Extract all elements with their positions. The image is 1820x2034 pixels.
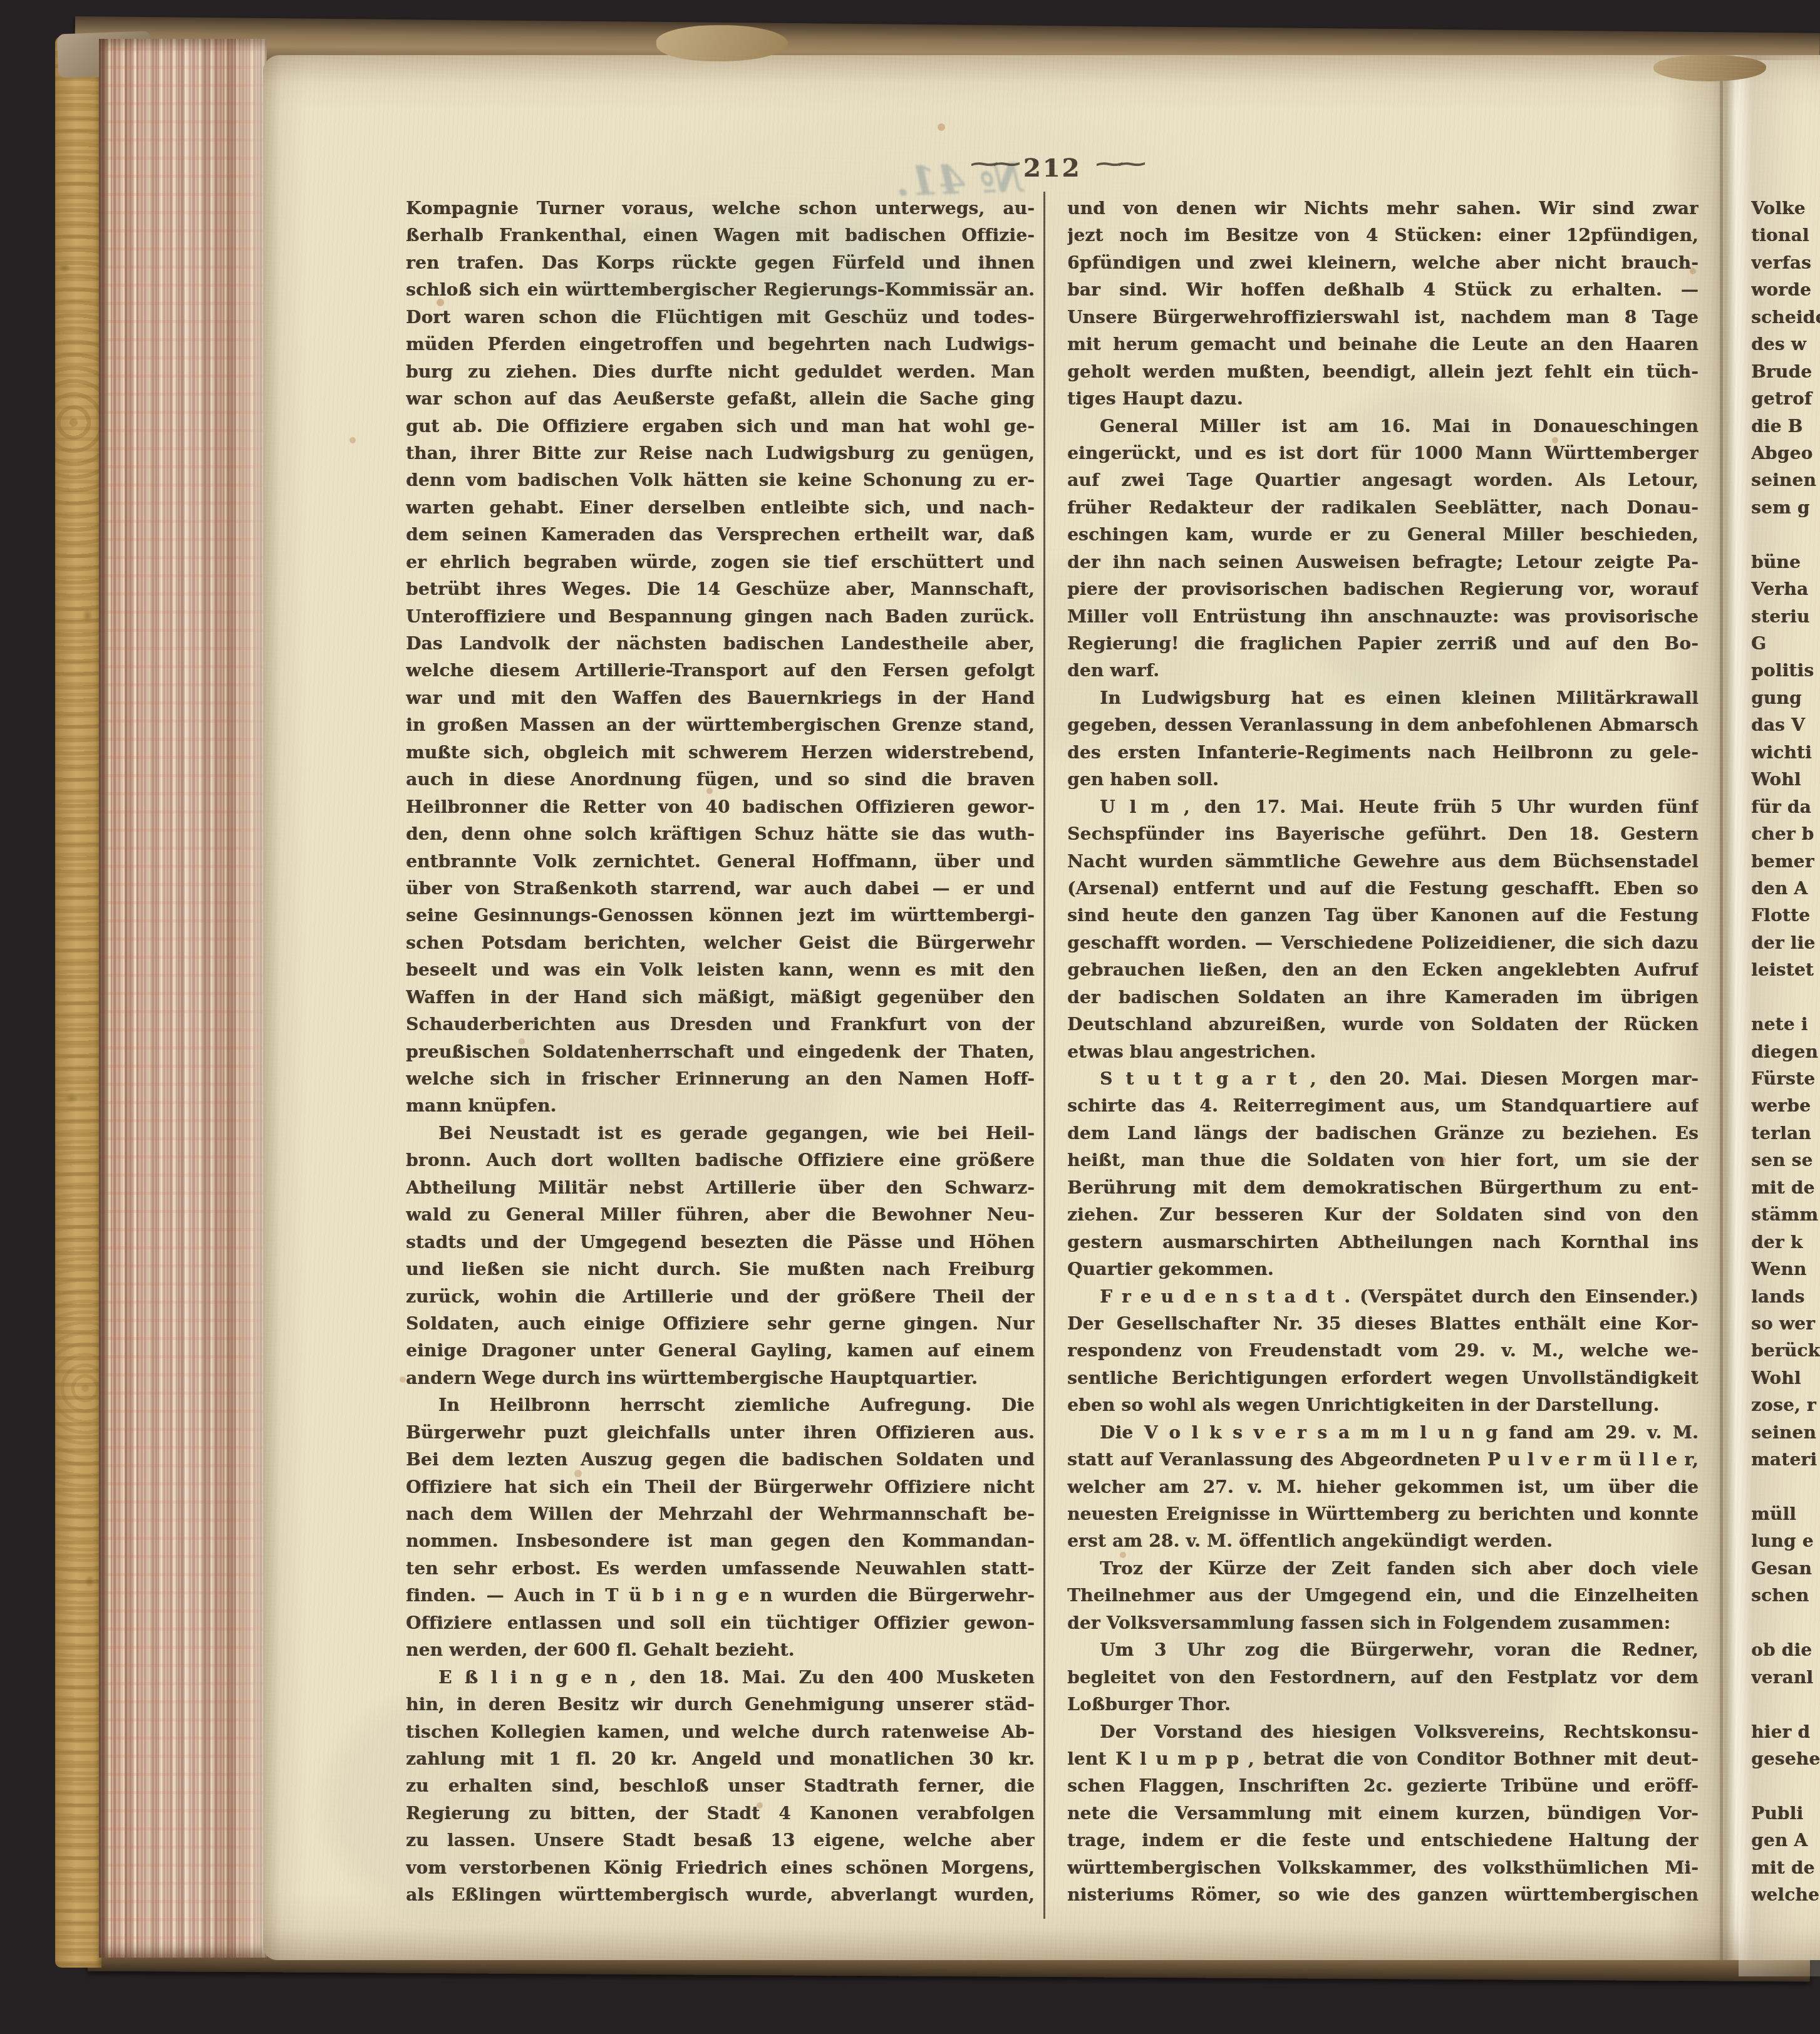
next-page-text-fragment: das V — [1751, 715, 1820, 741]
text-line: jezt noch im Besitze von 4 Stücken: eine… — [1067, 225, 1698, 252]
next-page-text-fragment: politis — [1751, 660, 1820, 687]
text-line: nete die Versammlung mit einem kurzen, b… — [1067, 1803, 1698, 1830]
text-line: begleitet von den Festordnern, auf den F… — [1067, 1667, 1698, 1694]
text-line: zahlung mit 1 fl. 20 kr. Angeld und mona… — [406, 1748, 1035, 1775]
page-header: ~~212~~ — [739, 148, 1365, 183]
text-line: Loßburger Thor. — [1067, 1694, 1698, 1721]
text-line: über von Straßenkoth starrend, war auch … — [406, 878, 1035, 905]
next-page-text-fragment: welche — [1751, 1884, 1820, 1911]
next-page-text-fragment — [1751, 1477, 1820, 1504]
text-line: burg zu ziehen. Dies durfte nicht geduld… — [406, 361, 1035, 388]
text-line: nisteriums Römer, so wie des ganzen würt… — [1067, 1884, 1698, 1911]
text-line: Bei Neustadt ist es gerade gegangen, wie… — [406, 1123, 1035, 1150]
next-page-text-fragment: Publi — [1751, 1803, 1820, 1830]
next-page-text-fragment: Wohl — [1751, 1368, 1820, 1395]
text-line: dem seinen Kameraden das Versprechen ert… — [406, 524, 1035, 551]
next-page-text-fragment: gesehe — [1751, 1748, 1820, 1775]
next-page-text-fragment: den A — [1751, 878, 1820, 905]
text-line: müden Pferden eingetroffen und begehrten… — [406, 334, 1035, 361]
next-page-text-fragment — [1751, 1775, 1820, 1802]
text-line: E ß l i n g e n , den 18. Mai. Zu den 40… — [406, 1667, 1035, 1694]
text-line: Die V o l k s v e r s a m m l u n g fand… — [1067, 1422, 1698, 1449]
text-line: den warf. — [1067, 660, 1698, 687]
text-line: gestern ausmarschirten Abtheilungen nach… — [1067, 1232, 1698, 1259]
text-line: schirte das 4. Reiterregiment aus, um St… — [1067, 1095, 1698, 1122]
text-line: hin, in deren Besitz wir durch Genehmigu… — [406, 1694, 1035, 1721]
text-line: statt auf Veranlassung des Abgeordneten … — [1067, 1449, 1698, 1476]
next-page-text-fragment: leistet — [1751, 959, 1820, 986]
next-page-text-fragment: getrof — [1751, 388, 1820, 415]
next-page-text-fragment: Brude — [1751, 361, 1820, 388]
text-line: Waffen in der Hand sich mäßigt, mäßigt g… — [406, 987, 1035, 1014]
text-line: Berührung mit dem demokratischen Bürgert… — [1067, 1177, 1698, 1204]
next-page-text-fragment: terlan — [1751, 1123, 1820, 1150]
next-page-text-fragment: büne — [1751, 552, 1820, 579]
text-line: Abtheilung Militär nebst Artillerie über… — [406, 1177, 1035, 1204]
text-line: Soldaten, auch einige Offiziere sehr ger… — [406, 1313, 1035, 1340]
text-line: than, ihrer Bitte zur Reise nach Ludwigs… — [406, 443, 1035, 470]
text-line: zu lassen. Unsere Stadt besaß 13 eigene,… — [406, 1830, 1035, 1857]
next-page-text-fragment: tional — [1751, 225, 1820, 252]
text-line: ten sehr erbost. Es werden umfassende Ne… — [406, 1558, 1035, 1585]
text-line: Um 3 Uhr zog die Bürgerwehr, voran die R… — [1067, 1639, 1698, 1666]
next-page-text-fragment — [1751, 987, 1820, 1014]
text-line: andern Wege durch ins württembergische H… — [406, 1368, 1035, 1395]
text-line: denn vom badischen Volk hätten sie keine… — [406, 470, 1035, 497]
text-line: welche diesem Artillerie-Transport auf d… — [406, 660, 1035, 687]
text-line: eschingen kam, wurde er zu General Mille… — [1067, 524, 1698, 551]
text-line: schloß sich ein württembergischer Regier… — [406, 279, 1035, 306]
text-line: Kompagnie Turner voraus, welche schon un… — [406, 198, 1035, 225]
text-line: Troz der Kürze der Zeit fanden sich aber… — [1067, 1558, 1698, 1585]
text-line: gebrauchen ließen, den an den Ecken ange… — [1067, 959, 1698, 986]
text-line: Bei dem lezten Auszug gegen die badische… — [406, 1449, 1035, 1476]
next-page-text-fragment: Flotte — [1751, 905, 1820, 932]
text-line: der Volksversammlung fassen sich in Folg… — [1067, 1613, 1698, 1639]
next-page-text-fragment: lung e — [1751, 1531, 1820, 1557]
text-line: neuesten Ereignisse in Württemberg zu be… — [1067, 1504, 1698, 1531]
text-line: der ihn nach seinen Ausweisen befragte; … — [1067, 552, 1698, 579]
next-page-text-fragment — [1751, 524, 1820, 551]
text-line: geschafft worden. — Verschiedene Polizei… — [1067, 932, 1698, 959]
text-line: etwas blau angestrichen. — [1067, 1041, 1698, 1068]
next-page-text-fragment: seinen — [1751, 470, 1820, 497]
scanned-book-page: № 41. ~~212~~ Kompagnie Turner voraus, w… — [0, 0, 1820, 2034]
text-line: Der Gesellschafter Nr. 35 dieses Blattes… — [1067, 1313, 1698, 1340]
next-page-text-fragment: zose, r — [1751, 1395, 1820, 1422]
text-line: zurück, wohin die Artillerie und der grö… — [406, 1286, 1035, 1313]
next-page-text-fragment: hier d — [1751, 1722, 1820, 1748]
next-page-text-fragment: müll — [1751, 1504, 1820, 1531]
text-line: piere der provisorischen badischen Regie… — [1067, 579, 1698, 606]
text-line: welcher am 27. v. M. hieher gekommen ist… — [1067, 1477, 1698, 1504]
text-line: tischen Kollegien kamen, und welche durc… — [406, 1722, 1035, 1748]
text-line: in großen Massen an der württembergische… — [406, 715, 1035, 741]
text-line: einige Dragoner unter General Gayling, k… — [406, 1340, 1035, 1367]
text-line: In Heilbronn herrscht ziemliche Aufregun… — [406, 1395, 1035, 1422]
next-page-text-fragment: sem g — [1751, 497, 1820, 524]
text-line: vom verstorbenen König Friedrich eines s… — [406, 1857, 1035, 1884]
text-line: nen werden, der 600 fl. Gehalt bezieht. — [406, 1639, 1035, 1666]
text-line: In Ludwigsburg hat es einen kleinen Mili… — [1067, 688, 1698, 715]
next-page-text-fragment: scheide — [1751, 307, 1820, 334]
text-line: trage, indem er die feste und entschiede… — [1067, 1830, 1698, 1857]
text-line: seine Gesinnungs-Genossen können jezt im… — [406, 905, 1035, 932]
text-line: Der Vorstand des hiesigen Volksvereins, … — [1067, 1722, 1698, 1748]
text-line: den, denn ohne solch kräftigen Schuz hät… — [406, 823, 1035, 850]
next-page-text-fragment: des w — [1751, 334, 1820, 361]
text-line: beseelt und was ein Volk leisten kann, w… — [406, 959, 1035, 986]
text-line: Quartier gekommen. — [1067, 1259, 1698, 1286]
text-column-left: Kompagnie Turner voraus, welche schon un… — [406, 198, 1035, 1912]
text-column-right: und von denen wir Nichts mehr sahen. Wir… — [1067, 198, 1698, 1912]
text-line: geholt werden mußten, beendigt, allein j… — [1067, 361, 1698, 388]
text-line: Schauderberichten aus Dresden und Frankf… — [406, 1014, 1035, 1041]
text-line: Bürgerwehr puzt gleichfalls unter ihren … — [406, 1422, 1035, 1449]
next-page-text-fragment: Abgeo — [1751, 443, 1820, 470]
next-page-text-fragment: cher b — [1751, 823, 1820, 850]
next-page-text-fragment: Wenn — [1751, 1259, 1820, 1286]
text-line: General Miller ist am 16. Mai in Donaues… — [1067, 416, 1698, 443]
text-line: sind heute den ganzen Tag über Kanonen a… — [1067, 905, 1698, 932]
text-line: schen Flaggen, Inschriften 2c. gezierte … — [1067, 1775, 1698, 1802]
text-line: F r e u d e n s t a d t . (Verspätet dur… — [1067, 1286, 1698, 1313]
text-line: war schon auf das Aeußerste gefaßt, alle… — [406, 388, 1035, 415]
text-line: ßerhalb Frankenthal, einen Wagen mit bad… — [406, 225, 1035, 252]
next-page-text-fragment: G — [1751, 633, 1820, 660]
next-page-text-fragment: worde — [1751, 279, 1820, 306]
next-page-text-fragment: der lie — [1751, 932, 1820, 959]
text-line: schen Potsdam berichten, welcher Geist d… — [406, 932, 1035, 959]
text-line: wald zu General Miller führen, aber die … — [406, 1204, 1035, 1231]
text-line: tiges Haupt dazu. — [1067, 388, 1698, 415]
next-page-text-fragment: werbe — [1751, 1095, 1820, 1122]
text-line: preußischen Soldatenherrschaft und einge… — [406, 1041, 1035, 1068]
next-page-text-fragment — [1751, 1613, 1820, 1639]
text-line: Nacht wurden sämmtliche Gewehre aus dem … — [1067, 851, 1698, 878]
text-line: der badischen Soldaten an ihre Kameraden… — [1067, 987, 1698, 1014]
text-line: Theilnehmer aus der Umgegend ein, und di… — [1067, 1585, 1698, 1612]
text-line: dem Land längs der badischen Gränze zu b… — [1067, 1123, 1698, 1150]
next-page-text-fragment: so wer — [1751, 1313, 1820, 1340]
next-page-text-fragment: für da — [1751, 797, 1820, 823]
next-page-text-fragment: berück — [1751, 1340, 1820, 1367]
next-page-text-fragment: steriu — [1751, 606, 1820, 633]
text-line: finden. — Auch in T ü b i n g e n wurden… — [406, 1585, 1035, 1612]
header-ornament-right: ~~ — [1064, 152, 1166, 175]
text-line: auch in diese Anordnung fügen, und so si… — [406, 769, 1035, 796]
next-page-text-fragment: der k — [1751, 1232, 1820, 1259]
text-line: gegeben, dessen Veranlassung in dem anbe… — [1067, 715, 1698, 741]
text-line: Unteroffiziere und Bespannung gingen nac… — [406, 606, 1035, 633]
text-line: Das Landvolk der nächsten badischen Land… — [406, 633, 1035, 660]
column-divider-rule — [1043, 192, 1045, 1919]
text-line: zu erhalten sind, beschloß unser Stadtra… — [406, 1775, 1035, 1802]
text-line: heißt, man thue die Soldaten von hier fo… — [1067, 1150, 1698, 1177]
text-line: Regierung zu bitten, der Stadt 4 Kanonen… — [406, 1803, 1035, 1830]
text-line: lent K l u m p p , betrat die von Condit… — [1067, 1748, 1698, 1775]
text-line: stadts und der Umgegend besezten die Päs… — [406, 1232, 1035, 1259]
next-page-text-fragment: Volke — [1751, 198, 1820, 225]
next-page-text-fragment: Wohl — [1751, 769, 1820, 796]
text-line: welche sich in frischer Erinnerung an de… — [406, 1068, 1035, 1095]
text-line: Deutschland abzureißen, wurde von Soldat… — [1067, 1014, 1698, 1041]
text-line: 6pfündigen und zwei kleinern, welche abe… — [1067, 252, 1698, 279]
next-page-text-fragment: gen A — [1751, 1830, 1820, 1857]
text-line: ren trafen. Das Korps rückte gegen Fürfe… — [406, 252, 1035, 279]
next-page-text-fragment — [1751, 1694, 1820, 1721]
text-line: er ehrlich begraben würde, zogen sie tie… — [406, 552, 1035, 579]
text-line: entbrannte Volk zernichtet. General Hoff… — [406, 851, 1035, 878]
next-page-text-fragment: diegen — [1751, 1041, 1820, 1068]
text-line: war und mit den Waffen des Bauernkriegs … — [406, 688, 1035, 715]
next-page-text-fragment: bemer — [1751, 851, 1820, 878]
text-line: S t u t t g a r t , den 20. Mai. Diesen … — [1067, 1068, 1698, 1095]
text-line: Sechspfünder ins Bayerische geführt. Den… — [1067, 823, 1698, 850]
next-page-text-fragment: gung — [1751, 688, 1820, 715]
text-line: bronn. Auch dort wollten badische Offizi… — [406, 1150, 1035, 1177]
next-page-text-fragment: veranl — [1751, 1667, 1820, 1694]
next-page-text-fragment: seinen — [1751, 1422, 1820, 1449]
text-line: (Arsenal) entfernt und auf die Festung g… — [1067, 878, 1698, 905]
next-page-text-column: Volketionalverfaswordescheidedes wBrudeg… — [1751, 198, 1820, 1912]
text-line: auf zwei Tage Quartier angesagt worden. … — [1067, 470, 1698, 497]
next-page-text-fragment: materi — [1751, 1449, 1820, 1476]
text-line: eingerückt, und es ist dort für 1000 Man… — [1067, 443, 1698, 470]
text-line: nommen. Insbesondere ist man gegen den K… — [406, 1531, 1035, 1557]
next-page-text-fragment: Fürste — [1751, 1068, 1820, 1095]
gutter-fold — [1720, 56, 1723, 1960]
text-line: Offiziere entlassen und soll ein tüchtig… — [406, 1613, 1035, 1639]
text-line: württembergischen Volkskammer, des volks… — [1067, 1857, 1698, 1884]
text-line: eben so wohl als wegen Unrichtigkeiten i… — [1067, 1395, 1698, 1422]
next-page-text-fragment: ob die — [1751, 1639, 1820, 1666]
text-line: respondenz von Freudenstadt vom 29. v. M… — [1067, 1340, 1698, 1367]
text-line: gut ab. Die Offiziere ergaben sich und m… — [406, 416, 1035, 443]
next-page-text-fragment: sen se — [1751, 1150, 1820, 1177]
next-page-text-fragment: mit de — [1751, 1857, 1820, 1884]
next-page-text-fragment: nete i — [1751, 1014, 1820, 1041]
text-line: gen haben soll. — [1067, 769, 1698, 796]
text-line: nach dem Willen der Mehrzahl der Wehrman… — [406, 1504, 1035, 1531]
text-line: bar sind. Wir hoffen deßhalb 4 Stück zu … — [1067, 279, 1698, 306]
book-fore-edge-pages — [99, 39, 267, 1958]
next-page-text-fragment: wichti — [1751, 742, 1820, 769]
text-line: erst am 28. v. M. öffentlich angekündigt… — [1067, 1531, 1698, 1557]
text-line: mann knüpfen. — [406, 1095, 1035, 1122]
text-line: Offiziere hat sich ein Theil der Bürgerw… — [406, 1477, 1035, 1504]
text-line: Heilbronner die Retter von 40 badischen … — [406, 797, 1035, 823]
text-line: Unsere Bürgerwehroffizierswahl ist, nach… — [1067, 307, 1698, 334]
text-line: ziehen. Zur besseren Kur der Soldaten si… — [1067, 1204, 1698, 1231]
header-ornament-left: ~~ — [939, 152, 1040, 175]
text-line: Dort waren schon die Flüchtigen mit Gesc… — [406, 307, 1035, 334]
text-line: und von denen wir Nichts mehr sahen. Wir… — [1067, 198, 1698, 225]
text-line: mit herum gemacht und beinahe die Leute … — [1067, 334, 1698, 361]
text-line: des ersten Infanterie-Regiments nach Hei… — [1067, 742, 1698, 769]
next-page-text-fragment: Verha — [1751, 579, 1820, 606]
text-line: und ließen sie nicht durch. Sie mußten n… — [406, 1259, 1035, 1286]
next-page-text-fragment: Gesan — [1751, 1558, 1820, 1585]
text-line: U l m , den 17. Mai. Heute früh 5 Uhr wu… — [1067, 797, 1698, 823]
next-page-text-fragment: lands — [1751, 1286, 1820, 1313]
next-page-text-fragment: stämm — [1751, 1204, 1820, 1231]
text-line: als Eßlingen württembergisch wurde, abve… — [406, 1884, 1035, 1911]
text-line: Miller voll Entrüstung ihn anschnauzte: … — [1067, 606, 1698, 633]
text-line: mußte sich, obgleich mit schwerem Herzen… — [406, 742, 1035, 769]
text-line: betrübt ihres Weges. Die 14 Geschüze abe… — [406, 579, 1035, 606]
text-line: Regierung! die fraglichen Papier zerriß … — [1067, 633, 1698, 660]
next-page-text-fragment: verfas — [1751, 252, 1820, 279]
next-page-text-fragment: die B — [1751, 416, 1820, 443]
text-line: sentliche Berichtigungen erfordert wegen… — [1067, 1368, 1698, 1395]
text-line: warten gehabt. Einer derselben entleibte… — [406, 497, 1035, 524]
next-page-text-fragment: schen — [1751, 1585, 1820, 1612]
book-cover-marbled-edge — [55, 36, 101, 1968]
next-page-text-fragment: mit de — [1751, 1177, 1820, 1204]
text-line: früher Redakteur der radikalen Seeblätte… — [1067, 497, 1698, 524]
foxing-spots — [0, 0, 4, 4]
